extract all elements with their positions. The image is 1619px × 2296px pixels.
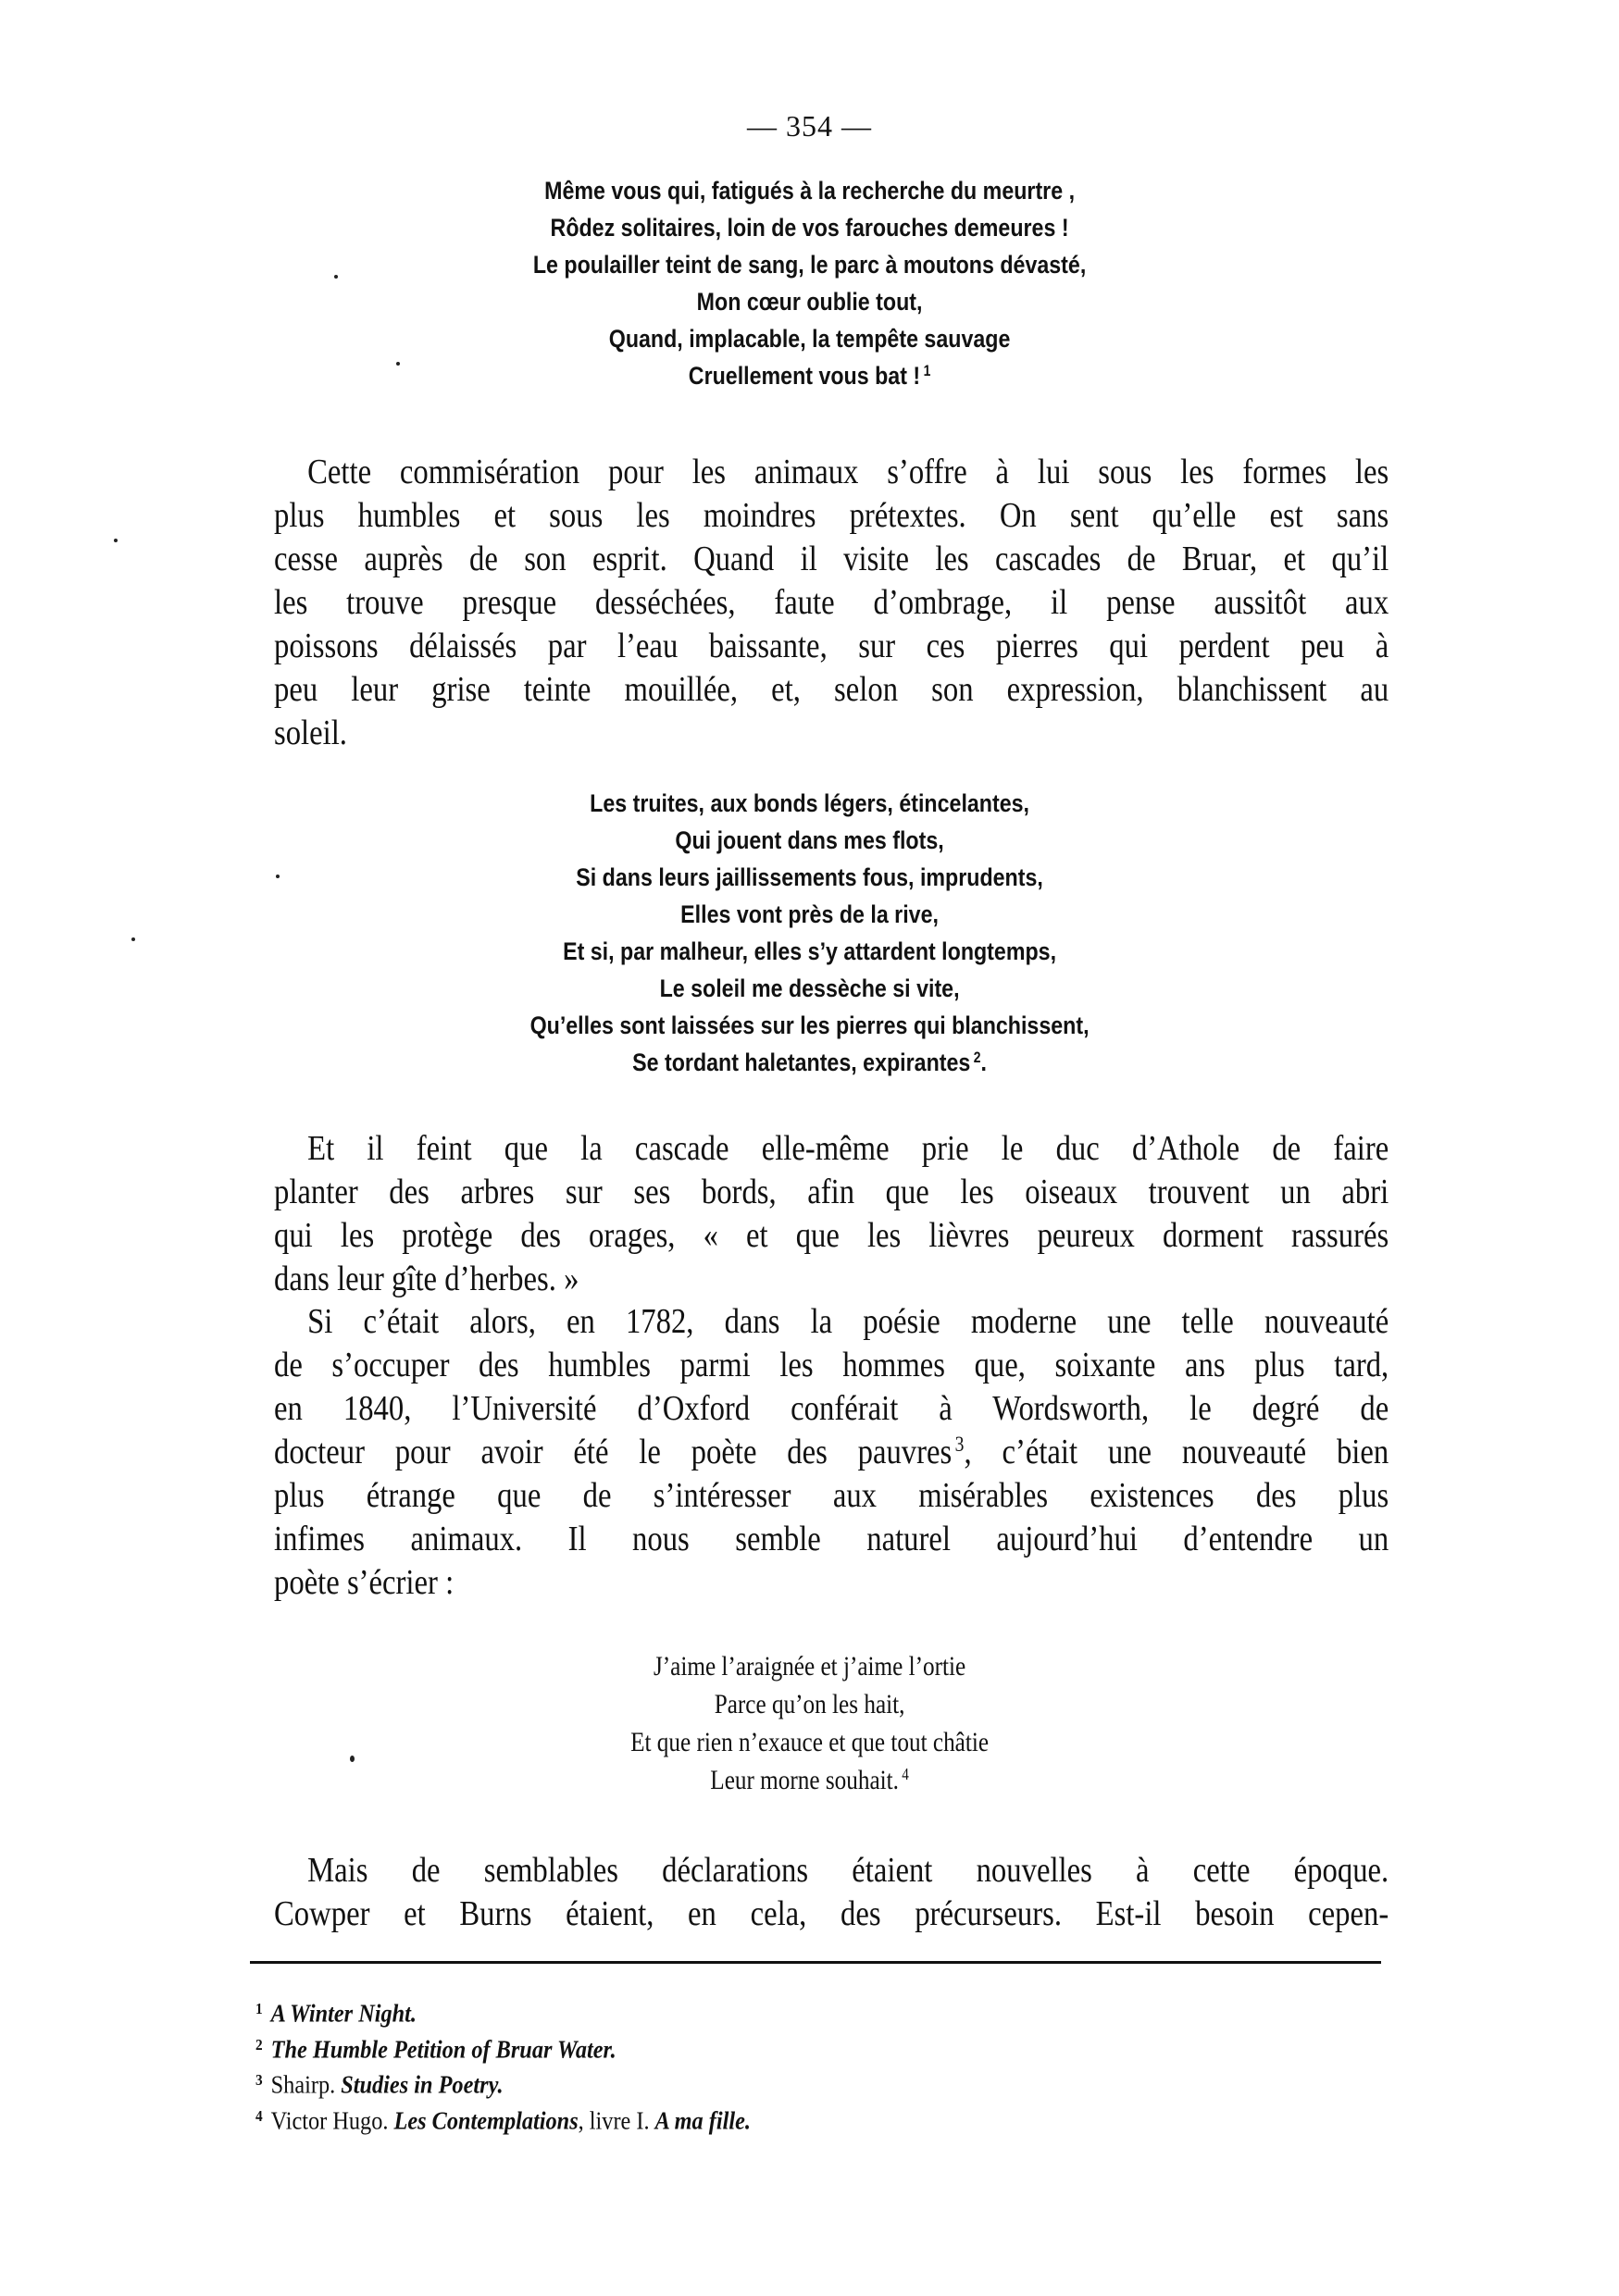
verse-line: Le poulailler teint de sang, le parc à m… bbox=[114, 246, 1506, 283]
text-line: Cette commisération pour les animaux s’o… bbox=[274, 451, 1389, 494]
footnote-text: , livre I. bbox=[579, 2106, 655, 2134]
footnote-3: 3Shairp. Studies in Poetry. bbox=[255, 2065, 751, 2101]
text-segment: , c’était une nouveauté bien bbox=[964, 1433, 1389, 1471]
verse-block-3: J’aime l’araignée et j’aime l’ortie Parc… bbox=[130, 1647, 1489, 1799]
text-line: poissons délaissés par l’eau baissante, … bbox=[274, 625, 1389, 668]
footnote-ref-4[interactable]: 4 bbox=[902, 1765, 909, 1783]
paragraph-4: Mais de semblables déclarations étaient … bbox=[274, 1849, 1389, 1936]
footnote-title: Les Contemplations bbox=[393, 2106, 578, 2134]
page-number: — 354 — bbox=[0, 109, 1619, 143]
text-line: soleil. bbox=[274, 712, 1389, 755]
verse-line-text: Cruellement vous bat ! bbox=[689, 362, 920, 390]
footnote-4: 4Victor Hugo. Les Contemplations, livre … bbox=[255, 2101, 751, 2137]
footnote-subtitle: A ma fille. bbox=[655, 2106, 751, 2134]
verse-line-last: Leur morne souhait.4 bbox=[130, 1761, 1489, 1799]
paragraph-3: Si c’était alors, en 1782, dans la poési… bbox=[274, 1300, 1389, 1605]
text-line: Et il feint que la cascade elle-même pri… bbox=[274, 1127, 1389, 1171]
text-line: dans leur gîte d’herbes. » bbox=[274, 1258, 1389, 1301]
verse-line: Le soleil me dessèche si vite, bbox=[114, 970, 1506, 1007]
verse-line-last: Cruellement vous bat !1 bbox=[114, 357, 1506, 394]
verse-trailing-punct: . bbox=[981, 1049, 987, 1076]
footnote-ref-2[interactable]: 2 bbox=[974, 1049, 981, 1066]
footnote-number: 3 bbox=[255, 2071, 263, 2089]
footnote-number: 1 bbox=[255, 2000, 263, 2017]
text-line: plus étrange que de s’intéresser aux mis… bbox=[274, 1474, 1389, 1518]
text-line: infimes animaux. Il nous semble naturel … bbox=[274, 1518, 1389, 1561]
verse-line: Et que rien n’exauce et que tout châtie bbox=[130, 1723, 1489, 1761]
verse-line: Et si, par malheur, elles s’y attardent … bbox=[114, 933, 1506, 970]
verse-block-2: Les truites, aux bonds légers, étincelan… bbox=[114, 785, 1506, 1081]
verse-line-last: Se tordant haletantes, expirantes2. bbox=[114, 1044, 1506, 1081]
verse-line: Les truites, aux bonds légers, étincelan… bbox=[114, 785, 1506, 822]
text-line: cesse auprès de son esprit. Quand il vis… bbox=[274, 538, 1389, 581]
text-line-with-ref: docteur pour avoir été le poète des pauv… bbox=[274, 1431, 1389, 1474]
text-line: plus humbles et sous les moindres prétex… bbox=[274, 494, 1389, 538]
verse-line-text: Se tordant haletantes, expirantes bbox=[632, 1049, 970, 1076]
text-line: Mais de semblables déclarations étaient … bbox=[274, 1849, 1389, 1893]
text-line: de s’occuper des humbles parmi les homme… bbox=[274, 1344, 1389, 1387]
footnote-title: The Humble Petition of Bruar Water. bbox=[271, 2035, 616, 2063]
verse-block-1: Même vous qui, fatigués à la recherche d… bbox=[114, 172, 1506, 394]
scan-speck bbox=[131, 937, 135, 941]
paragraph-2: Et il feint que la cascade elle-même pri… bbox=[274, 1127, 1389, 1301]
footnote-number: 2 bbox=[255, 2036, 263, 2054]
scan-speck bbox=[276, 875, 280, 878]
text-line: peu leur grise teinte mouillée, et, selo… bbox=[274, 668, 1389, 712]
text-line: qui les protège des orages, « et que les… bbox=[274, 1214, 1389, 1258]
text-line: planter des arbres sur ses bords, afin q… bbox=[274, 1171, 1389, 1214]
scan-speck bbox=[350, 1756, 355, 1762]
verse-line: Quand, implacable, la tempête sauvage bbox=[114, 320, 1506, 357]
text-line: en 1840, l’Université d’Oxford conférait… bbox=[274, 1387, 1389, 1431]
footnotes: 1A Winter Night. 2The Humble Petition of… bbox=[255, 1993, 805, 2136]
text-segment: docteur pour avoir été le poète des pauv… bbox=[274, 1433, 952, 1471]
verse-line: Même vous qui, fatigués à la recherche d… bbox=[114, 172, 1506, 209]
scan-speck bbox=[114, 539, 118, 542]
footnote-author: Shairp. bbox=[271, 2071, 342, 2099]
scan-speck bbox=[334, 275, 338, 279]
text-line: Cowper et Burns étaient, en cela, des pr… bbox=[274, 1893, 1389, 1936]
verse-line: Qui jouent dans mes flots, bbox=[114, 822, 1506, 859]
verse-line: Parce qu’on les hait, bbox=[130, 1685, 1489, 1723]
footnote-separator bbox=[250, 1961, 1381, 1964]
footnote-ref-3[interactable]: 3 bbox=[955, 1433, 965, 1456]
verse-line: Elles vont près de la rive, bbox=[114, 896, 1506, 933]
footnote-number: 4 bbox=[255, 2107, 263, 2125]
text-line: poète s’écrier : bbox=[274, 1561, 1389, 1605]
verse-line: Mon cœur oublie tout, bbox=[114, 283, 1506, 320]
footnote-ref-1[interactable]: 1 bbox=[924, 363, 931, 379]
footnote-author: Victor Hugo. bbox=[271, 2106, 394, 2134]
text-line: Si c’était alors, en 1782, dans la poési… bbox=[274, 1300, 1389, 1344]
footnote-2: 2The Humble Petition of Bruar Water. bbox=[255, 2029, 751, 2066]
text-line: les trouve presque desséchées, faute d’o… bbox=[274, 581, 1389, 625]
footnote-title: Studies in Poetry. bbox=[341, 2071, 503, 2099]
scan-speck bbox=[396, 362, 400, 366]
verse-line-text: Leur morne souhait. bbox=[710, 1765, 899, 1795]
verse-line: Qu’elles sont laissées sur les pierres q… bbox=[114, 1007, 1506, 1044]
footnote-title: A Winter Night. bbox=[271, 2000, 417, 2028]
footnote-1: 1A Winter Night. bbox=[255, 1993, 751, 2029]
verse-line: J’aime l’araignée et j’aime l’ortie bbox=[130, 1647, 1489, 1685]
verse-line: Rôdez solitaires, loin de vos farouches … bbox=[114, 209, 1506, 246]
verse-line: Si dans leurs jaillissements fous, impru… bbox=[114, 859, 1506, 896]
paragraph-1: Cette commisération pour les animaux s’o… bbox=[274, 451, 1389, 755]
